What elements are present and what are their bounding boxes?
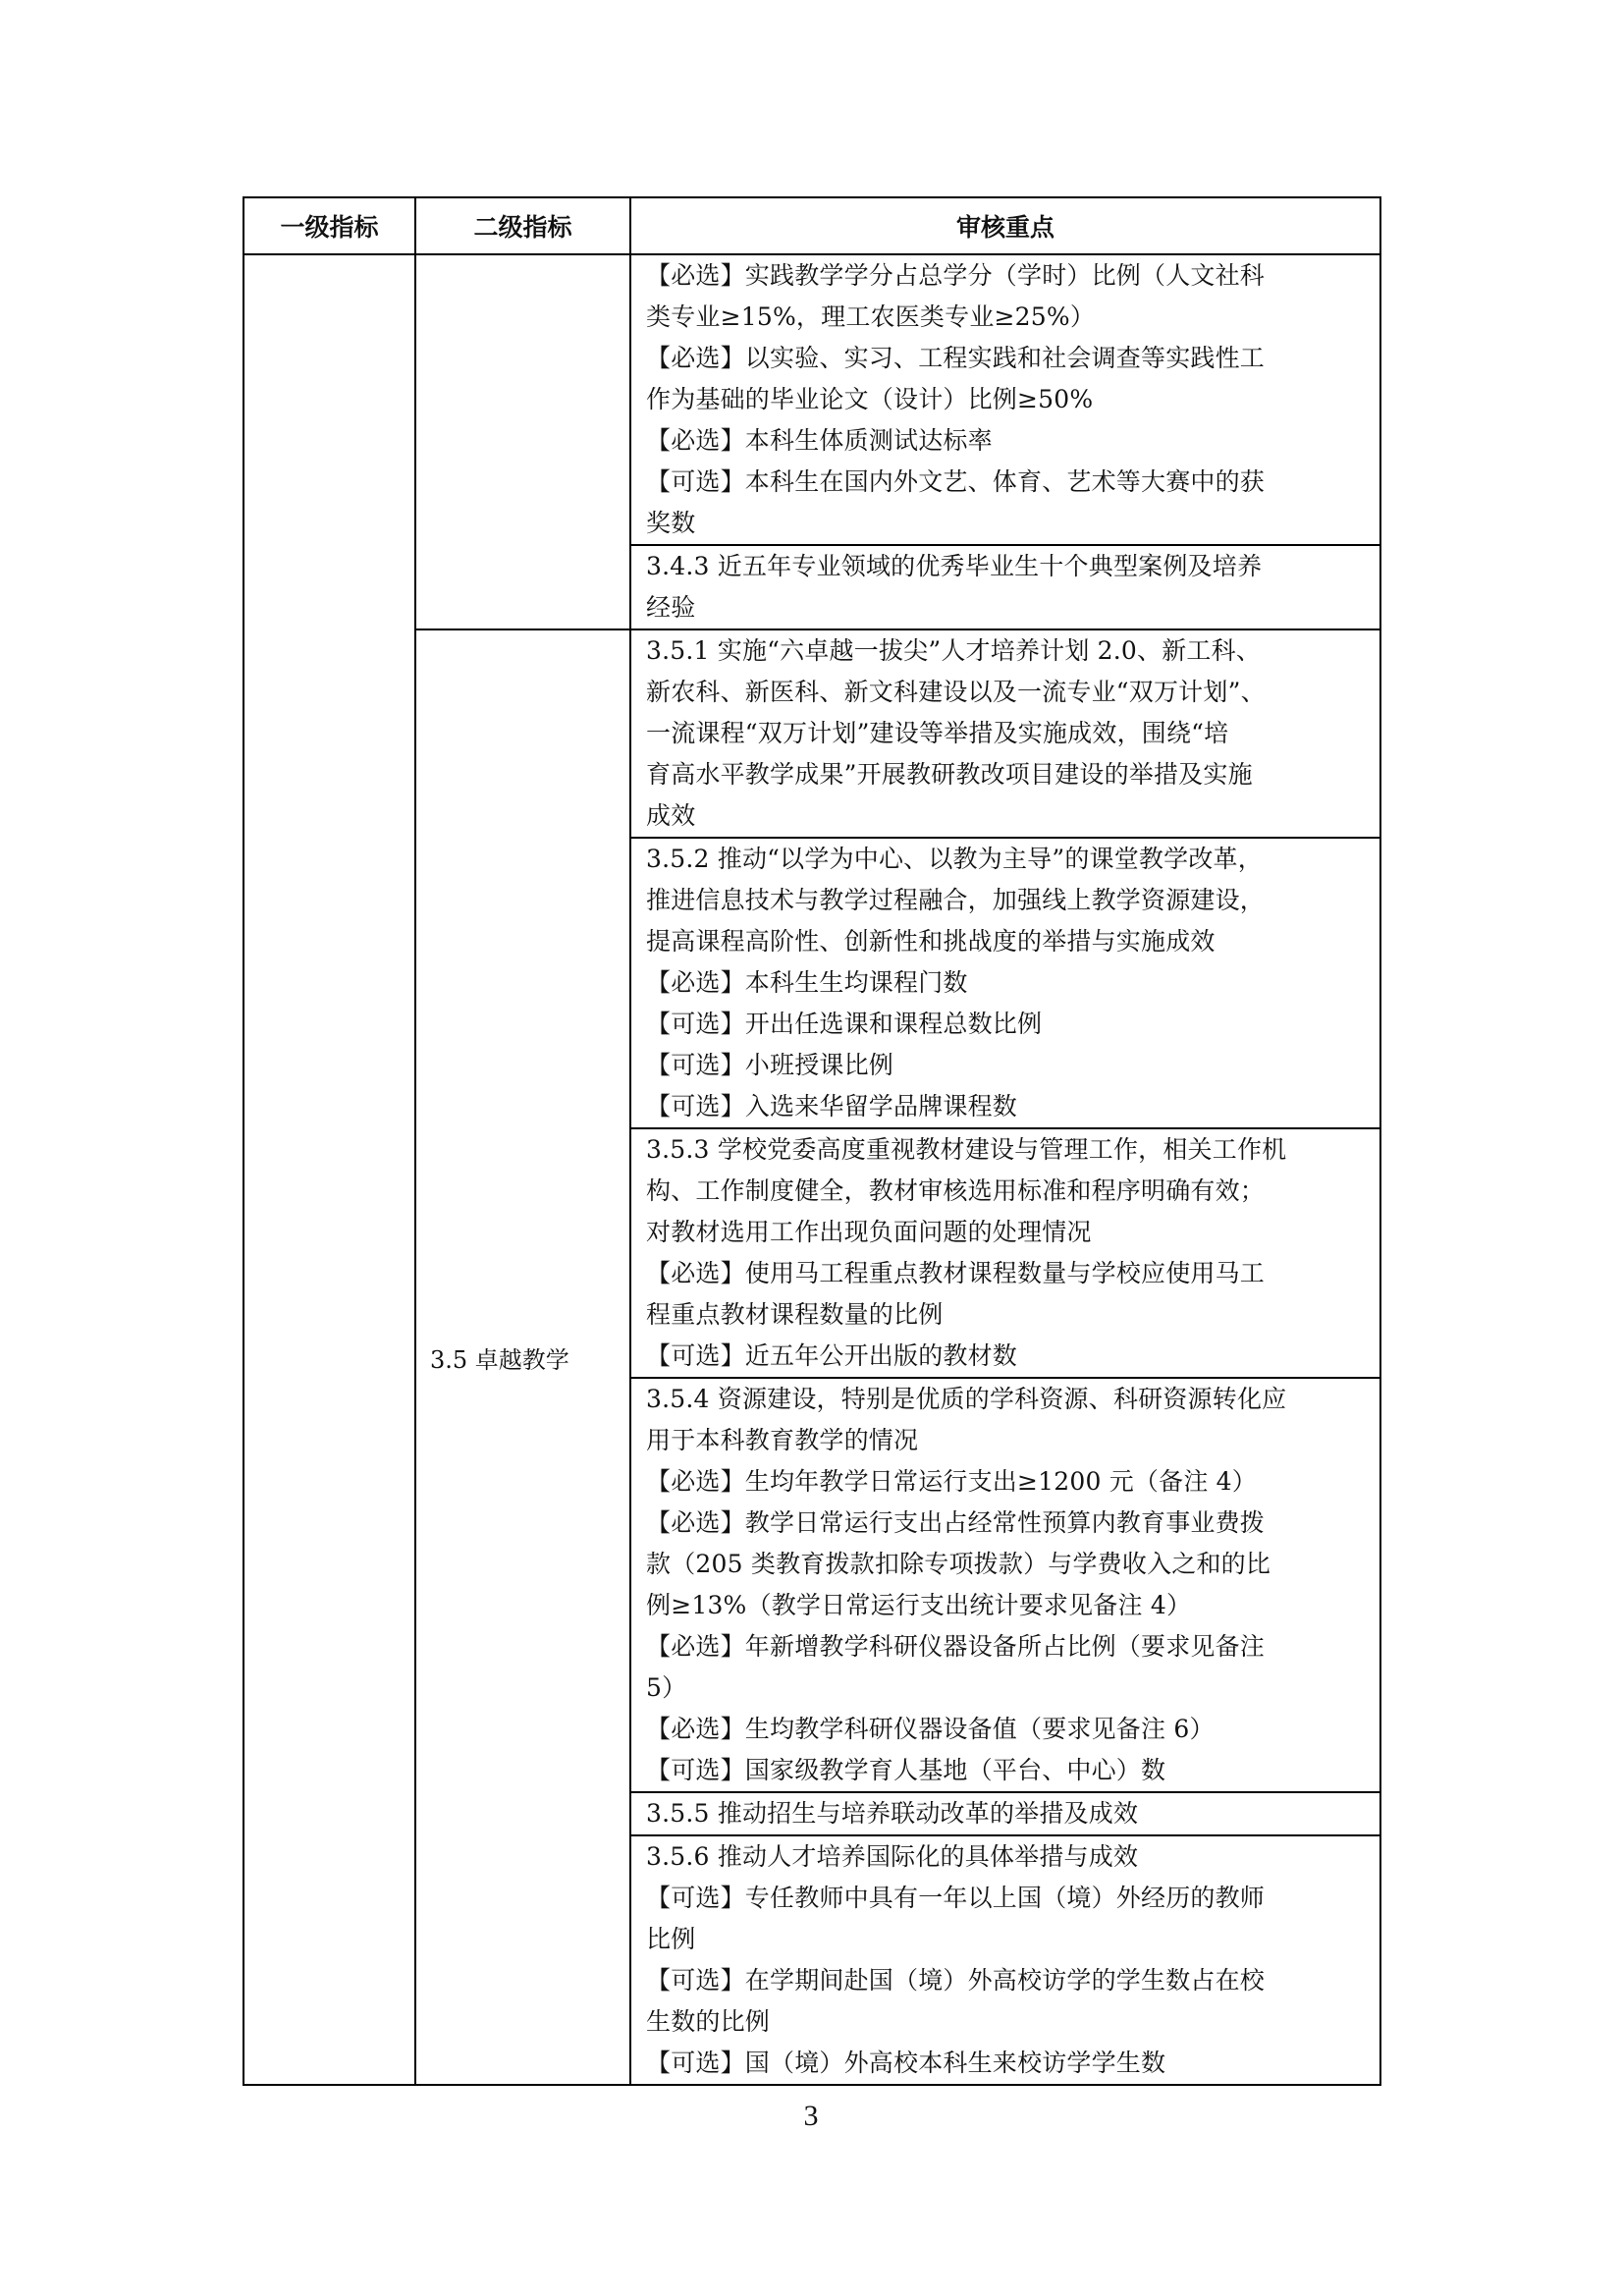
review-focus-line: 3.5.5 推动招生与培养联动改革的举措及成效 xyxy=(646,1793,1370,1834)
table-row: 【必选】实践教学学分占总学分（学时）比例（人文社科类专业≥15%，理工农医类专业… xyxy=(243,254,1380,545)
review-criteria-table: 一级指标 二级指标 审核重点 【必选】实践教学学分占总学分（学时）比例（人文社科… xyxy=(243,196,1381,2086)
review-focus-cell: 3.5.5 推动招生与培养联动改革的举措及成效 xyxy=(630,1792,1380,1835)
review-focus-line: 比例 xyxy=(646,1919,1370,1960)
review-focus-line: 【可选】国家级教学育人基地（平台、中心）数 xyxy=(646,1750,1370,1791)
review-focus-line: 【可选】本科生在国内外文艺、体育、艺术等大赛中的获 xyxy=(646,462,1370,503)
review-focus-line: 【可选】国（境）外高校本科生来校访学学生数 xyxy=(646,2043,1370,2084)
review-focus-line: 【必选】本科生生均课程门数 xyxy=(646,962,1370,1004)
review-focus-cell: 【必选】实践教学学分占总学分（学时）比例（人文社科类专业≥15%，理工农医类专业… xyxy=(630,254,1380,545)
review-focus-line: 3.5.4 资源建设，特别是优质的学科资源、科研资源转化应 xyxy=(646,1379,1370,1420)
document-page: 一级指标 二级指标 审核重点 【必选】实践教学学分占总学分（学时）比例（人文社科… xyxy=(0,0,1622,2296)
review-focus-line: 新农科、新医科、新文科建设以及一流专业“双万计划”、 xyxy=(646,672,1370,713)
review-focus-cell: 3.5.3 学校党委高度重视教材建设与管理工作，相关工作机构、工作制度健全，教材… xyxy=(630,1128,1380,1378)
review-focus-line: 育高水平教学成果”开展教研教改项目建设的举措及实施 xyxy=(646,754,1370,795)
review-focus-line: 3.5.3 学校党委高度重视教材建设与管理工作，相关工作机 xyxy=(646,1129,1370,1171)
table-body: 【必选】实践教学学分占总学分（学时）比例（人文社科类专业≥15%，理工农医类专业… xyxy=(243,254,1380,2085)
review-focus-line: 一流课程“双万计划”建设等举措及实施成效，围绕“培 xyxy=(646,713,1370,754)
review-focus-line: 3.4.3 近五年专业领域的优秀毕业生十个典型案例及培养 xyxy=(646,546,1370,587)
header-level2-indicator: 二级指标 xyxy=(415,197,630,254)
review-focus-line: 【必选】生均教学科研仪器设备值（要求见备注 6） xyxy=(646,1709,1370,1750)
review-focus-line: 程重点教材课程数量的比例 xyxy=(646,1294,1370,1336)
review-focus-line: 【可选】入选来华留学品牌课程数 xyxy=(646,1086,1370,1127)
table-header-row: 一级指标 二级指标 审核重点 xyxy=(243,197,1380,254)
review-focus-line: 【必选】生均年教学日常运行支出≥1200 元（备注 4） xyxy=(646,1461,1370,1503)
review-focus-line: 【可选】在学期间赴国（境）外高校访学的学生数占在校 xyxy=(646,1960,1370,2001)
review-focus-line: 作为基础的毕业论文（设计）比例≥50% xyxy=(646,379,1370,420)
review-focus-cell: 3.5.6 推动人才培养国际化的具体举措与成效【可选】专任教师中具有一年以上国（… xyxy=(630,1835,1380,2085)
review-focus-line: 款（205 类教育拨款扣除专项拨款）与学费收入之和的比 xyxy=(646,1544,1370,1585)
review-focus-line: 构、工作制度健全，教材审核选用标准和程序明确有效； xyxy=(646,1171,1370,1212)
review-focus-line: 【可选】开出任选课和课程总数比例 xyxy=(646,1004,1370,1045)
header-review-focus: 审核重点 xyxy=(630,197,1380,254)
level2-indicator-label: 3.5 卓越教学 xyxy=(430,1346,569,1374)
review-focus-line: 推进信息技术与教学过程融合，加强线上教学资源建设， xyxy=(646,880,1370,921)
review-focus-cell: 3.5.2 推动“以学为中心、以教为主导”的课堂教学改革，推进信息技术与教学过程… xyxy=(630,838,1380,1128)
review-focus-line: 成效 xyxy=(646,795,1370,837)
review-focus-line: 类专业≥15%，理工农医类专业≥25%） xyxy=(646,297,1370,338)
review-focus-line: 提高课程高阶性、创新性和挑战度的举措与实施成效 xyxy=(646,921,1370,962)
header-level1-indicator: 一级指标 xyxy=(243,197,415,254)
review-focus-cell: 3.4.3 近五年专业领域的优秀毕业生十个典型案例及培养经验 xyxy=(630,545,1380,629)
review-focus-cell: 3.5.4 资源建设，特别是优质的学科资源、科研资源转化应用于本科教育教学的情况… xyxy=(630,1378,1380,1792)
review-focus-line: 【可选】小班授课比例 xyxy=(646,1045,1370,1086)
review-focus-line: 对教材选用工作出现负面问题的处理情况 xyxy=(646,1212,1370,1253)
level2-indicator-cell xyxy=(415,254,630,629)
review-focus-line: 例≥13%（教学日常运行支出统计要求见备注 4） xyxy=(646,1585,1370,1626)
review-focus-line: 用于本科教育教学的情况 xyxy=(646,1420,1370,1461)
review-focus-line: 【可选】专任教师中具有一年以上国（境）外经历的教师 xyxy=(646,1878,1370,1919)
level1-indicator-cell xyxy=(243,254,415,2085)
review-focus-line: 【必选】本科生体质测试达标率 xyxy=(646,420,1370,462)
review-focus-line: 【必选】实践教学学分占总学分（学时）比例（人文社科 xyxy=(646,255,1370,297)
review-focus-line: 【可选】近五年公开出版的教材数 xyxy=(646,1336,1370,1377)
review-focus-line: 奖数 xyxy=(646,503,1370,544)
review-focus-line: 5） xyxy=(646,1667,1370,1709)
review-focus-line: 3.5.6 推动人才培养国际化的具体举措与成效 xyxy=(646,1836,1370,1878)
page-number: 3 xyxy=(0,2100,1622,2133)
review-focus-line: 3.5.2 推动“以学为中心、以教为主导”的课堂教学改革， xyxy=(646,839,1370,880)
review-focus-line: 【必选】教学日常运行支出占经常性预算内教育事业费拨 xyxy=(646,1503,1370,1544)
level2-indicator-cell: 3.5 卓越教学 xyxy=(415,629,630,2085)
review-focus-line: 【必选】使用马工程重点教材课程数量与学校应使用马工 xyxy=(646,1253,1370,1294)
review-focus-cell: 3.5.1 实施“六卓越一拔尖”人才培养计划 2.0、新工科、新农科、新医科、新… xyxy=(630,629,1380,838)
review-focus-line: 生数的比例 xyxy=(646,2001,1370,2043)
review-focus-line: 经验 xyxy=(646,587,1370,629)
review-focus-line: 【必选】年新增教学科研仪器设备所占比例（要求见备注 xyxy=(646,1626,1370,1667)
review-focus-line: 3.5.1 实施“六卓越一拔尖”人才培养计划 2.0、新工科、 xyxy=(646,630,1370,672)
review-focus-line: 【必选】以实验、实习、工程实践和社会调查等实践性工 xyxy=(646,338,1370,379)
